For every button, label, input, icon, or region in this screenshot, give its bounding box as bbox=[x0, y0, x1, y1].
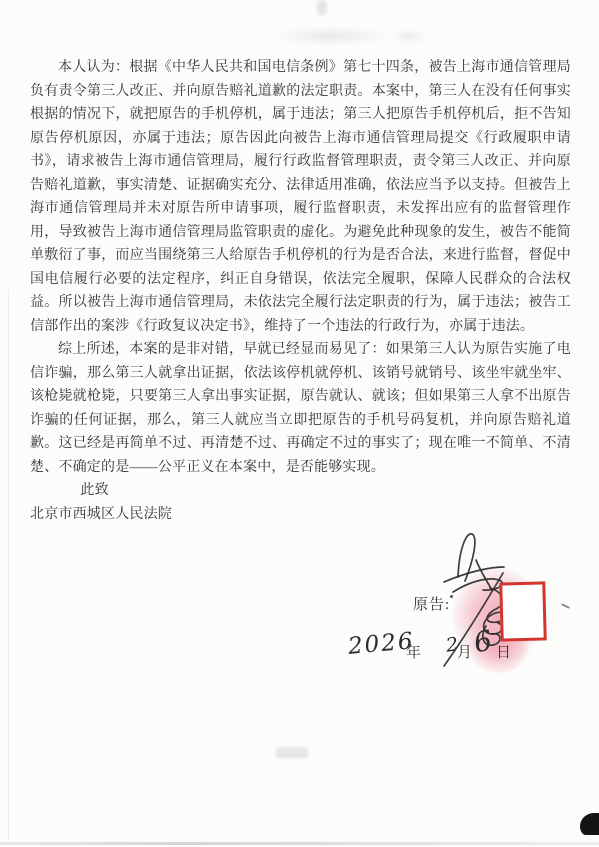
scan-edge-shadow bbox=[0, 842, 599, 845]
signature-block: 原告: 2026 年 2 月 6 日 bbox=[340, 515, 599, 695]
scan-fold-line bbox=[8, 290, 9, 842]
closing-salute: 此致 bbox=[30, 479, 571, 503]
paragraph-legal-argument: 本人认为：根据《中华人民共和国电信条例》第七十四条，被告上海市通信管理局负有责令… bbox=[30, 56, 571, 338]
scan-corner-artifact bbox=[580, 813, 599, 835]
redaction-box bbox=[499, 581, 547, 641]
scan-bleedthrough-smudge bbox=[268, 26, 393, 46]
faint-page-number-smudge bbox=[276, 747, 308, 758]
document-body: 本人认为：根据《中华人民共和国电信条例》第七十四条，被告上海市通信管理局负有责令… bbox=[30, 56, 571, 526]
scanned-legal-document-page: 本人认为：根据《中华人民共和国电信条例》第七十四条，被告上海市通信管理局负有责令… bbox=[0, 0, 599, 847]
paragraph-conclusion: 综上所述，本案的是非对错，早就已经显而易见了：如果第三人认为原告实施了电信诈骗，… bbox=[30, 338, 571, 479]
day-unit-label: 日 bbox=[496, 641, 511, 662]
month-unit-label: 月 bbox=[457, 641, 472, 662]
scan-bleedthrough-smudge bbox=[392, 28, 426, 45]
ink-speck bbox=[450, 595, 453, 598]
ink-speck bbox=[561, 603, 570, 609]
year-unit-label: 年 bbox=[406, 641, 421, 662]
plaintiff-label: 原告: bbox=[413, 593, 450, 614]
scan-bleedthrough-smudge bbox=[317, 0, 327, 15]
